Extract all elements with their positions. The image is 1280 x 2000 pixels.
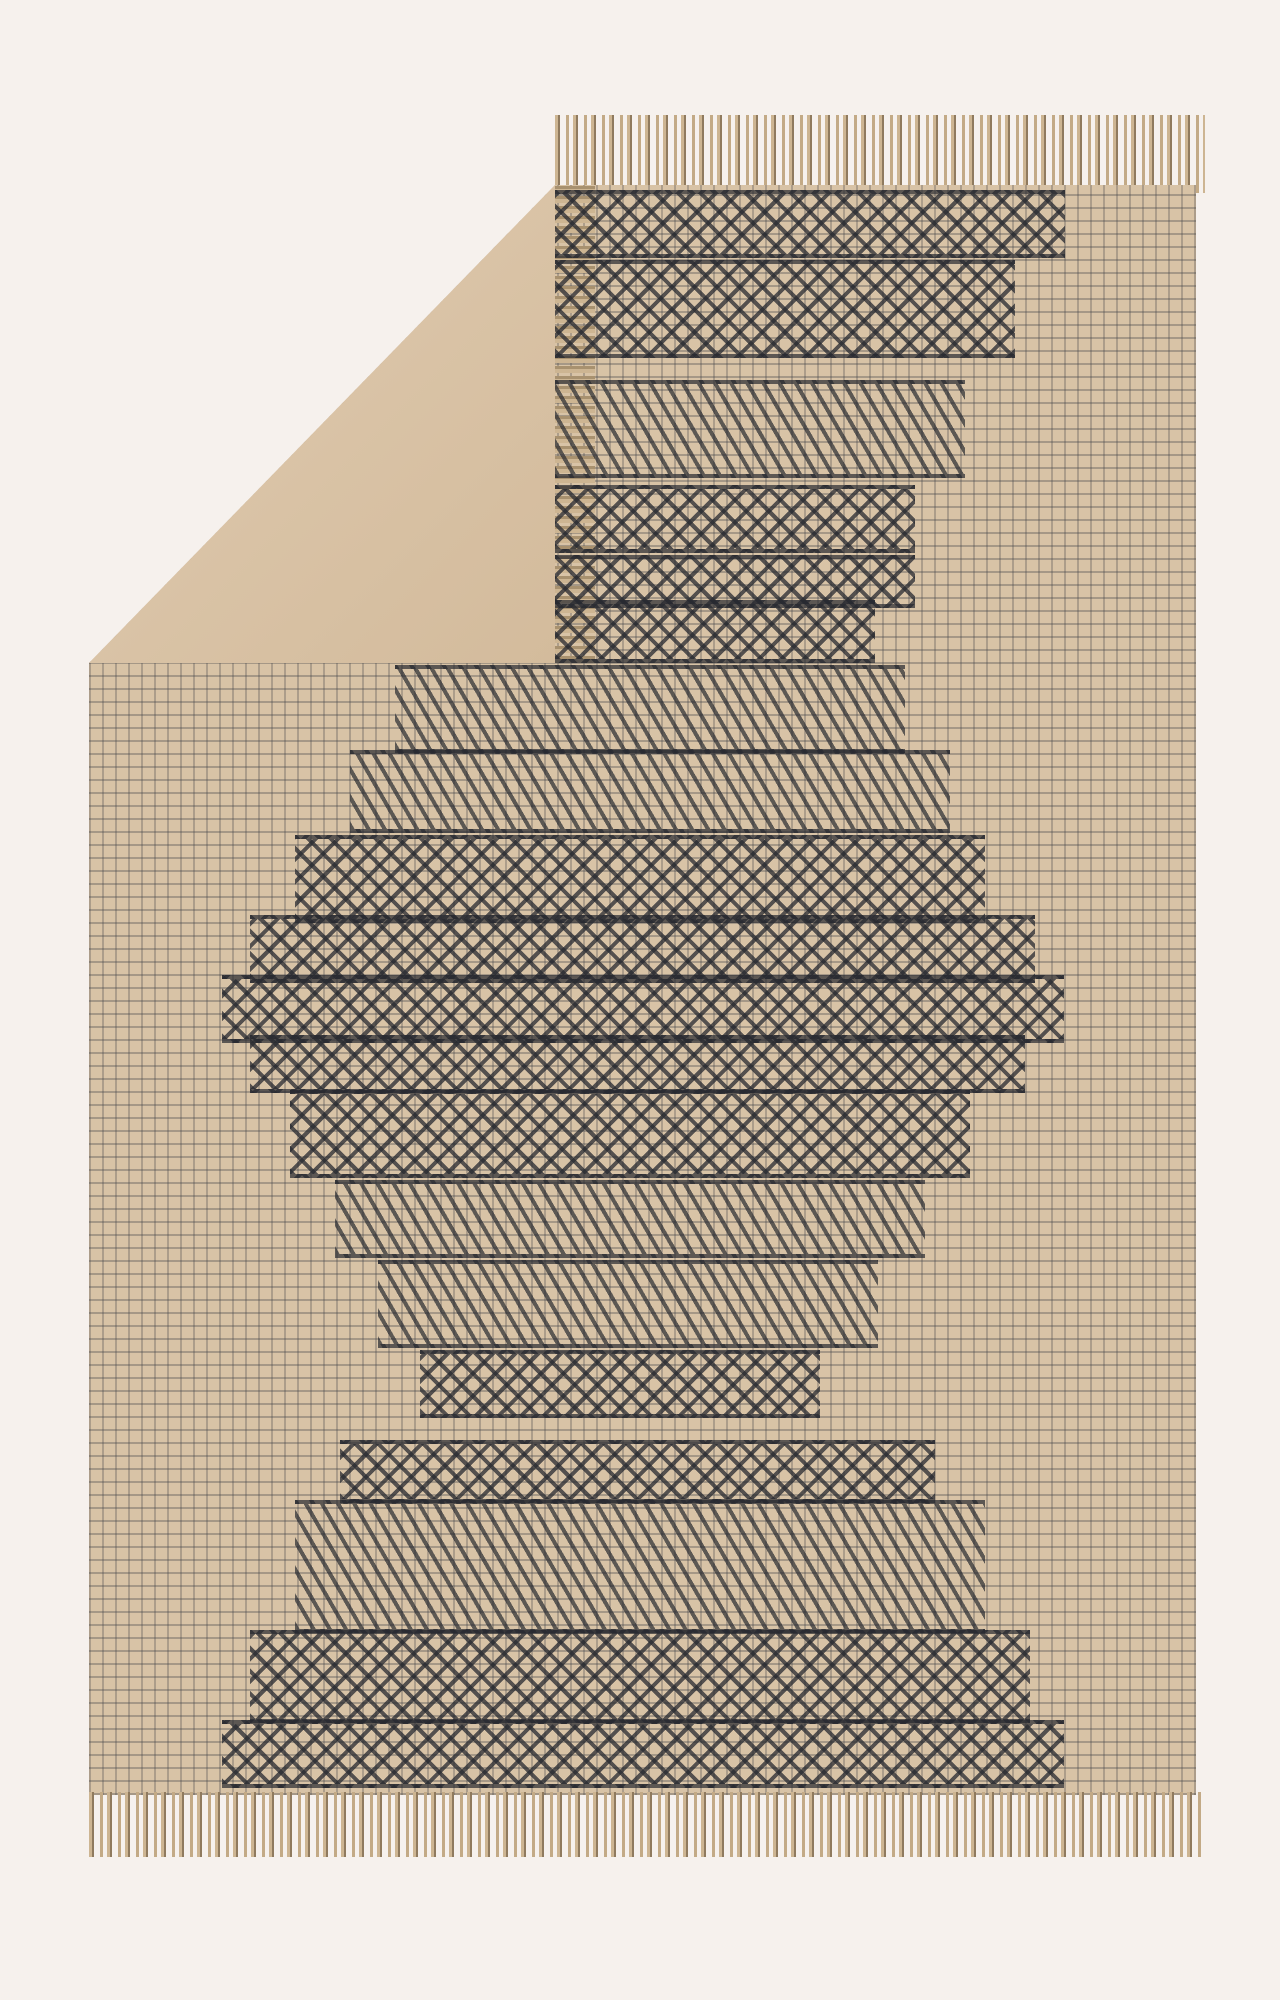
pattern-band-chevron <box>335 1180 925 1258</box>
pattern-band-chevron <box>555 380 965 478</box>
pattern-band-chevron <box>295 1500 985 1633</box>
pattern-band-wave <box>395 665 905 753</box>
pattern-band-diamond-small <box>555 600 875 663</box>
pattern-band-diamond-lattice <box>555 260 1015 358</box>
pattern-band-chevron <box>350 750 950 833</box>
bottom-fringe <box>89 1792 1205 1857</box>
pattern-band-lattice <box>340 1440 935 1503</box>
top-fringe <box>555 115 1205 193</box>
pattern-band-wave <box>378 1260 878 1348</box>
pattern-band-diamond-small <box>420 1350 820 1418</box>
pattern-band-diamond-wide <box>222 975 1064 1043</box>
folded-corner <box>89 185 555 663</box>
pattern-band-diamond <box>250 1630 1030 1723</box>
pattern-band-lattice <box>290 1090 970 1178</box>
pattern-band-diamond <box>555 190 1065 258</box>
pattern-band-floral <box>250 915 1035 983</box>
pattern-band-lattice <box>295 835 985 923</box>
pattern-band-lattice <box>555 485 915 553</box>
pattern-band-diamond-wide <box>222 1720 1064 1788</box>
pattern-band-floral <box>250 1035 1025 1093</box>
